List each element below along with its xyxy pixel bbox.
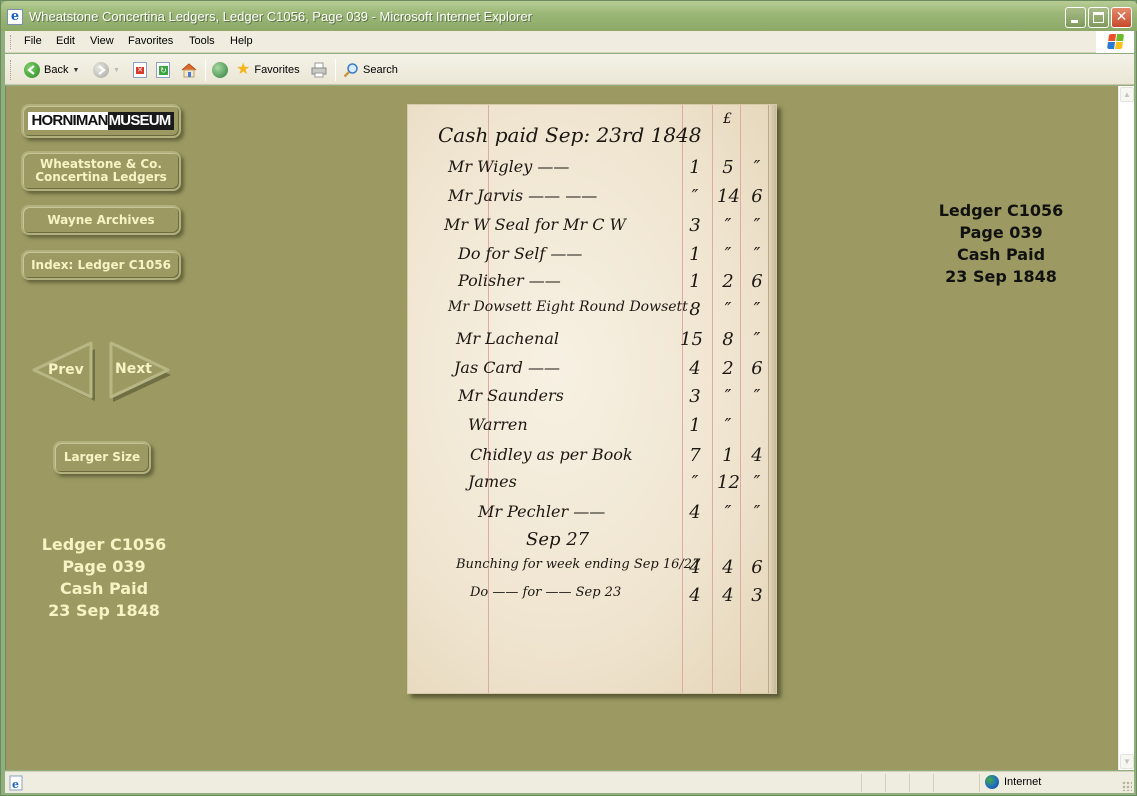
back-button[interactable]: Back ▼: [24, 59, 79, 81]
title-bar: e Wheatstone Concertina Ledgers, Ledger …: [1, 1, 1137, 31]
status-bar: e Internet: [5, 771, 1134, 793]
minimize-icon: [1071, 20, 1078, 23]
page-number: Page 039: [921, 222, 1081, 244]
refresh-button[interactable]: ↻: [156, 59, 170, 81]
favorites-button[interactable]: ★ Favorites: [236, 59, 300, 81]
page-number: Page 039: [21, 556, 187, 578]
browser-window: e Wheatstone Concertina Ledgers, Ledger …: [0, 0, 1137, 796]
ledger-entry: Jas Card —— 4 2 6: [408, 358, 768, 386]
window-title: Wheatstone Concertina Ledgers, Ledger C1…: [29, 9, 532, 24]
favorites-star-icon: ★: [236, 62, 250, 78]
horniman-museum-logo-button[interactable]: HORNIMANMUSEUM: [21, 104, 181, 138]
ledger-entry: Mr W Seal for Mr C W 3 ″ ″: [408, 215, 768, 243]
windows-logo: [1096, 31, 1134, 53]
status-pane: [861, 774, 862, 792]
search-icon: [343, 62, 359, 78]
stop-icon: ✕: [133, 62, 147, 78]
globe-icon: [985, 775, 999, 789]
zone-label: Internet: [1004, 776, 1041, 788]
ledger-heading: Cash paid Sep: 23rd 1848: [438, 123, 702, 147]
ledger-entry: Do —— for —— Sep 23 4 4 3: [408, 585, 768, 613]
next-page-button[interactable]: Next: [108, 341, 172, 403]
forward-button[interactable]: ▼: [93, 59, 120, 81]
vertical-scrollbar[interactable]: ▲ ▼: [1118, 86, 1134, 770]
menu-file[interactable]: File: [24, 35, 42, 47]
toolbar-grip[interactable]: [10, 60, 12, 80]
media-icon: [212, 62, 228, 78]
status-pane: [909, 774, 910, 792]
svg-text:e: e: [12, 778, 19, 791]
page-date: 23 Sep 1848: [921, 266, 1081, 288]
menu-grip[interactable]: [10, 35, 12, 49]
security-zone[interactable]: Internet: [985, 775, 1041, 789]
status-pane: [979, 774, 980, 792]
page-info-right: Ledger C1056 Page 039 Cash Paid 23 Sep 1…: [921, 200, 1081, 288]
back-dropdown-icon[interactable]: ▼: [72, 67, 79, 74]
column-marker: £: [723, 111, 732, 127]
page-info-left: Ledger C1056 Page 039 Cash Paid 23 Sep 1…: [21, 534, 187, 622]
home-icon: [180, 62, 198, 78]
ledger-number: Ledger C1056: [21, 534, 187, 556]
minimize-button[interactable]: [1065, 7, 1086, 28]
prev-label: Prev: [48, 362, 84, 378]
forward-dropdown-icon[interactable]: ▼: [113, 67, 120, 74]
home-button[interactable]: [180, 59, 198, 81]
maximize-button[interactable]: [1088, 7, 1109, 28]
ledger-entry: Mr Pechler —— 4 ″ ″: [408, 502, 768, 530]
ledger-entry: Mr Lachenal 15 8 ″: [408, 329, 768, 357]
menu-edit[interactable]: Edit: [56, 35, 75, 47]
ledger-index-button[interactable]: Index: Ledger C1056: [21, 250, 181, 280]
menu-favorites[interactable]: Favorites: [128, 35, 173, 47]
menu-view[interactable]: View: [90, 35, 114, 47]
forward-icon: [93, 62, 109, 78]
ledger-page-image: Cash paid Sep: 23rd 1848 £ Mr Wigley —— …: [407, 104, 777, 694]
back-label: Back: [44, 64, 68, 76]
media-button[interactable]: [212, 59, 228, 81]
ledger-entry: Mr Saunders 3 ″ ″: [408, 386, 768, 414]
close-icon: ✕: [1112, 8, 1131, 27]
close-button[interactable]: ✕: [1111, 7, 1132, 28]
ledger-subheading: Sep 27: [526, 529, 589, 550]
ie-app-icon[interactable]: e: [7, 9, 23, 25]
windows-flag-icon: [1107, 34, 1125, 50]
maximize-icon: [1093, 12, 1104, 23]
ledger-entry: Mr Wigley —— 1 5 ″: [408, 157, 768, 185]
larger-size-button[interactable]: Larger Size: [53, 441, 151, 474]
scroll-up-icon[interactable]: ▲: [1120, 87, 1134, 102]
wayne-archives-button[interactable]: Wayne Archives: [21, 205, 181, 235]
ledger-entry: Mr Jarvis —— —— ″ 14 6: [408, 186, 768, 214]
page-edge: [768, 105, 776, 693]
ledger-entry: Chidley as per Book 7 1 4: [408, 445, 768, 473]
ledger-entry: Polisher —— 1 2 6: [408, 271, 768, 299]
favorites-label: Favorites: [254, 64, 299, 76]
toolbar-separator: [205, 59, 206, 81]
search-button[interactable]: Search: [343, 59, 398, 81]
horniman-logo: HORNIMANMUSEUM: [28, 112, 175, 130]
ledger-number: Ledger C1056: [921, 200, 1081, 222]
status-pane: [933, 774, 934, 792]
stop-button[interactable]: ✕: [133, 59, 147, 81]
refresh-icon: ↻: [156, 62, 170, 78]
section-name: Cash Paid: [921, 244, 1081, 266]
scroll-down-icon[interactable]: ▼: [1120, 754, 1134, 769]
resize-grip[interactable]: [1122, 781, 1132, 791]
toolbar-separator: [335, 59, 336, 81]
back-icon: [24, 62, 40, 78]
standard-toolbar: Back ▼ ▼ ✕ ↻: [5, 54, 1134, 85]
next-label: Next: [115, 361, 152, 377]
section-name: Cash Paid: [21, 578, 187, 600]
menu-bar: File Edit View Favorites Tools Help: [5, 31, 1134, 53]
menu-tools[interactable]: Tools: [189, 35, 215, 47]
print-button[interactable]: [311, 59, 327, 81]
ledger-entry: Bunching for week ending Sep 16/27 4 4 6: [408, 557, 768, 585]
menu-help[interactable]: Help: [230, 35, 253, 47]
prev-page-button[interactable]: Prev: [31, 341, 95, 403]
print-icon: [311, 62, 327, 78]
ledgers-label-line2: Concertina Ledgers: [23, 171, 179, 184]
ledger-entry: James ″ 12 ″: [408, 472, 768, 500]
search-label: Search: [363, 64, 398, 76]
status-pane: [885, 774, 886, 792]
page-date: 23 Sep 1848: [21, 600, 187, 622]
concertina-ledgers-button[interactable]: Wheatstone & Co. Concertina Ledgers: [21, 151, 181, 191]
ledger-entry: Mr Dowsett Eight Round Dowsett 8 ″ ″: [408, 299, 768, 327]
ledger-entry: Warren 1 ″: [408, 415, 768, 443]
ledger-entry: Do for Self —— 1 ″ ″: [408, 244, 768, 272]
ie-page-icon: e: [8, 775, 24, 791]
